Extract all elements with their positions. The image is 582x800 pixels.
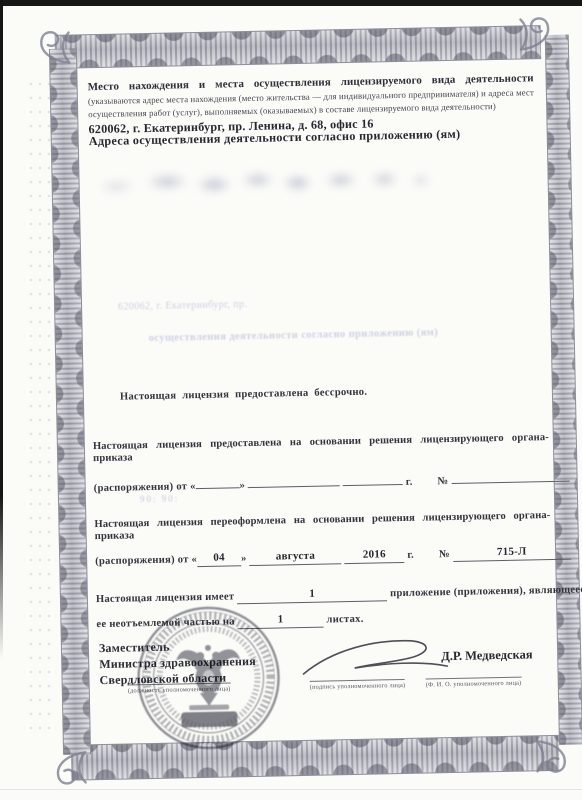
granted-year-blank <box>343 471 403 486</box>
license-document-page: Место нахождения и места осуществления л… <box>0 0 582 800</box>
ornate-border-left <box>49 48 91 754</box>
granted-prefix: (распоряжения) от « <box>94 481 196 494</box>
granted-number-label: № <box>437 476 448 487</box>
corner-flourish-icon <box>32 26 73 67</box>
attachments-tail1: приложение (приложения), являющееся <box>390 584 582 599</box>
reissued-line1: Настоящая лицензия переоформлена на осно… <box>94 510 550 542</box>
reissued-number-value: 715-Л <box>453 546 571 562</box>
faded-text-smudge <box>87 159 450 204</box>
ghost-text-line: осуществления деятельности согласно прил… <box>149 327 439 344</box>
granted-number-blank <box>451 468 569 484</box>
corner-flourish-icon <box>49 748 90 789</box>
official-seal-stamp <box>132 601 285 754</box>
ornate-border-top <box>55 25 542 69</box>
corner-flourish-icon <box>516 13 557 54</box>
reissued-number-label: № <box>439 549 450 560</box>
reissued-month-value: августа <box>249 550 341 566</box>
reissued-fill-line: (распоряжения) от «04» августа 2016 г. №… <box>95 546 551 569</box>
signer-name: Д.Р. Медведская <box>441 647 533 664</box>
granted-line1: Настоящая лицензия предоставлена на осно… <box>93 432 549 464</box>
caption-fullname: (Ф. И. О. уполномоченного лица) <box>426 677 522 689</box>
reissued-prefix: (распоряжения) от « <box>95 554 197 567</box>
ghost-marks: 90: 90: <box>140 493 179 504</box>
license-term-line: Настоящая лицензия предоставлена бессроч… <box>120 387 368 403</box>
granted-close-quote: » <box>239 480 245 491</box>
granted-year-label: г. <box>406 477 413 488</box>
reissued-paragraph: Настоящая лицензия переоформлена на осно… <box>94 510 551 569</box>
signature-mark <box>299 635 455 682</box>
granted-paragraph: Настоящая лицензия предоставлена на осно… <box>93 432 550 494</box>
corner-flourish-icon <box>533 737 574 778</box>
granted-month-blank <box>248 472 340 488</box>
reissued-year-label: г. <box>407 550 414 561</box>
ghost-text-line: 620062, г. Екатеринбург, пр. <box>118 299 247 313</box>
attachments-tail2: листах. <box>326 614 363 626</box>
granted-fill-line: (распоряжения) от «» г. № <box>94 468 550 494</box>
location-paragraph: Место нахождения и места осуществления л… <box>88 71 535 135</box>
caption-signature: (подпись уполномоченного лица) <box>310 679 406 691</box>
granted-day-blank <box>195 474 239 489</box>
reissued-close-quote: » <box>241 553 247 564</box>
reissued-year-value: 2016 <box>344 549 404 564</box>
reissued-day-value: 04 <box>197 552 241 567</box>
